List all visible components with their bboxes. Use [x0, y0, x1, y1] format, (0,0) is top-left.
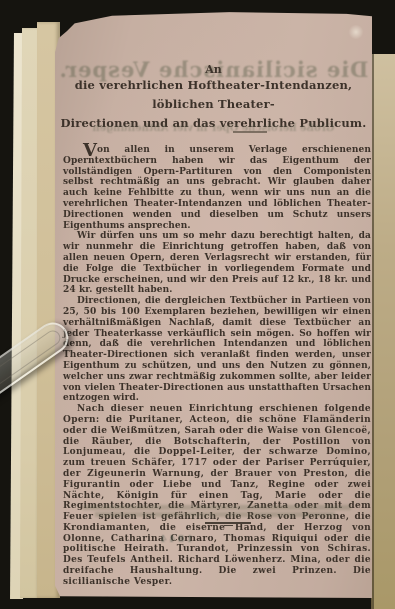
ghost-small-print-line-1	[83, 505, 351, 510]
scanned-page: Die sicilianische Vesper. An die verehrl…	[55, 11, 372, 598]
ghost-showthrough-year: 1844	[17, 535, 334, 545]
scanner-background: Die sicilianische Vesper. An die verehrl…	[0, 0, 395, 609]
body-paragraph-2: Wir dürfen uns um so mehr dazu berechtig…	[63, 231, 371, 296]
heading-rule	[233, 131, 267, 133]
heading-line-1: die verehrlichen Hoftheater-Intendanzen,…	[55, 76, 372, 114]
paragraph-text: Nach dieser neuen Einrichtung erschienen…	[63, 404, 371, 587]
next-page-edge	[371, 54, 395, 609]
paragraph-text: Wir dürfen uns um so mehr dazu berechtig…	[63, 231, 371, 295]
body-paragraph-3: Directionen, die dergleichen Textbücher …	[63, 296, 371, 404]
heading-line-2: Directionen und an das verehrliche Publi…	[55, 114, 372, 133]
end-divider-rule	[205, 522, 251, 524]
paragraph-text: Directionen, die dergleichen Textbücher …	[63, 296, 371, 403]
paragraph-text: on allen in unserem Verlage erschienenen…	[63, 145, 371, 231]
ghost-small-print-line-2	[95, 512, 335, 517]
body-paragraph-1: Von allen in unserem Verlage erschienene…	[63, 145, 371, 231]
age-spot	[348, 25, 364, 39]
heading-salutation: An	[55, 63, 372, 76]
body-paragraph-opera-list: Nach dieser neuen Einrichtung erschienen…	[63, 404, 371, 588]
